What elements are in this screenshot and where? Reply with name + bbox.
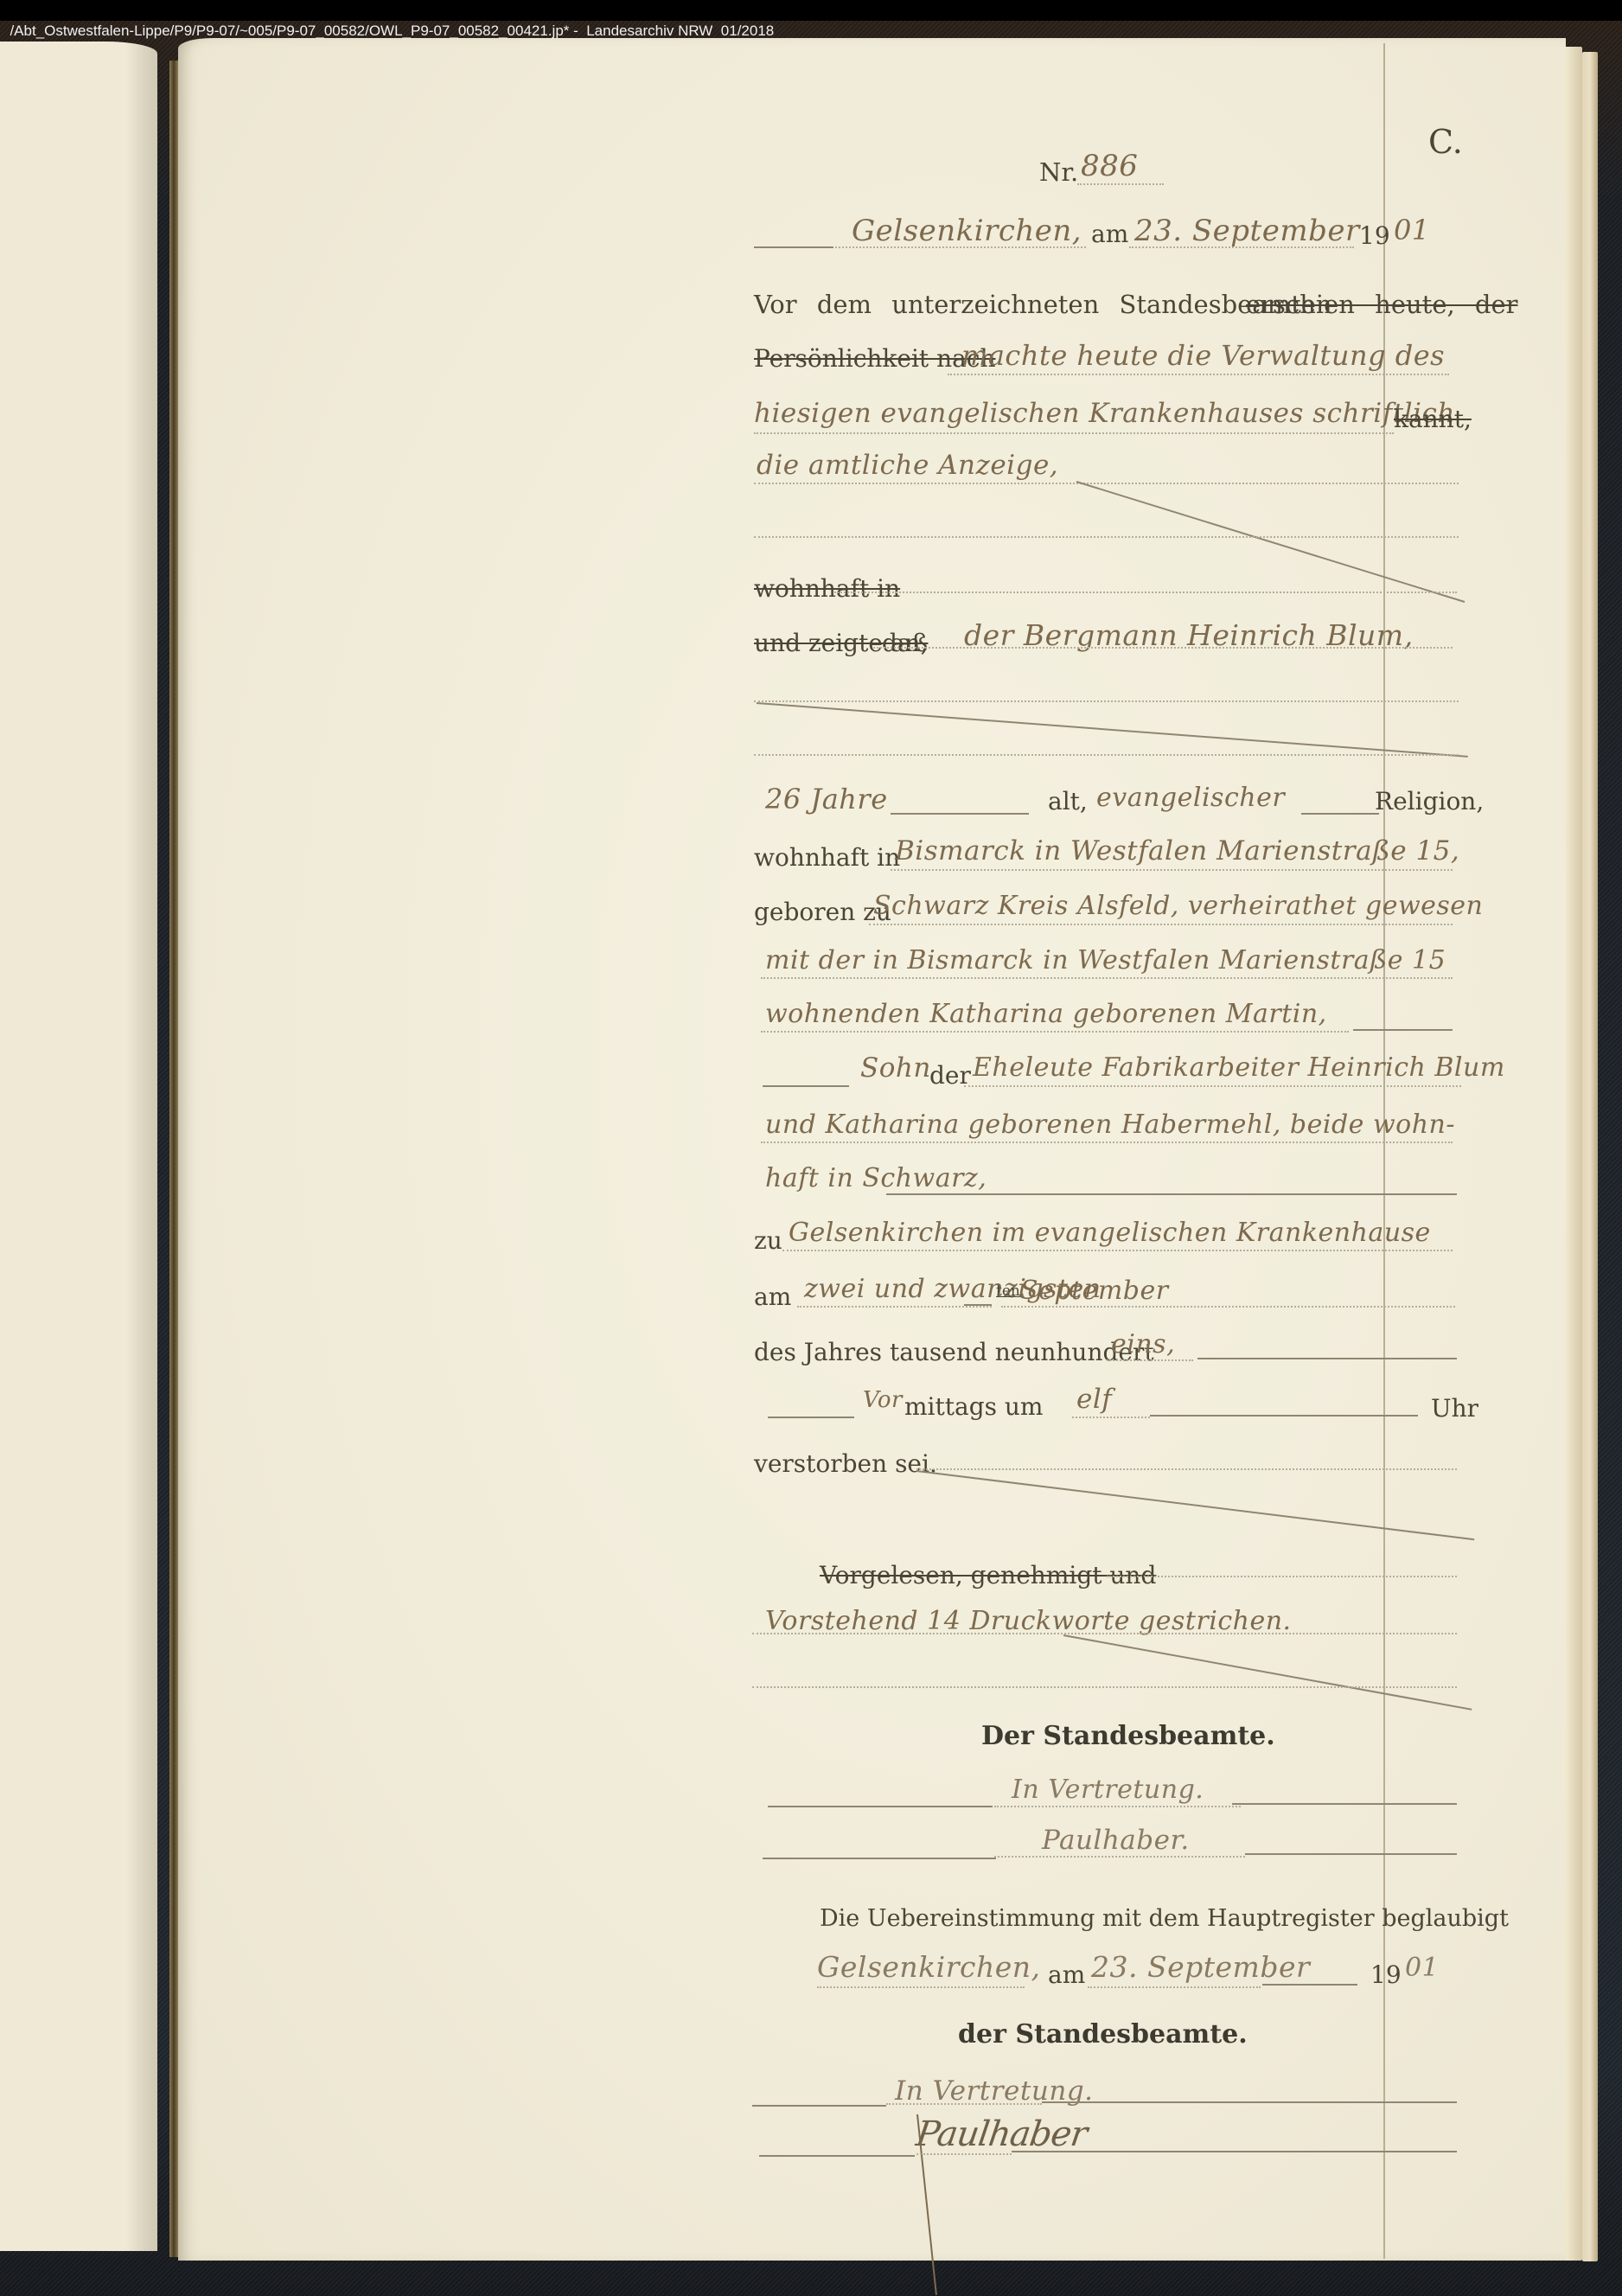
time-prefix: Vor <box>863 1387 903 1413</box>
rule <box>1042 2101 1457 2103</box>
closing-struck: Vorgelesen, genehmigt und <box>820 1561 1156 1589</box>
rule <box>768 1806 993 1807</box>
rule <box>761 1142 1453 1143</box>
rule <box>1150 1415 1418 1417</box>
certification-text: Die Uebereinstimmung mit dem Hauptregist… <box>820 1905 1509 1932</box>
age: 26 Jahre <box>765 783 888 815</box>
rule <box>891 813 1029 815</box>
rule <box>886 2103 1042 2105</box>
death-date-label: am <box>754 1282 791 1311</box>
parents-cont-2: haft in Schwarz, <box>765 1163 987 1193</box>
signature-1-line-1: In Vertretung. <box>1012 1775 1204 1805</box>
official-signature: Paulhaber <box>914 2114 1089 2154</box>
window-title: /Abt_Ostwestfalen-Lippe/P9/P9-07/~005/P9… <box>10 22 774 39</box>
ten-label: ten <box>996 1282 1020 1300</box>
place: Gelsenkirchen, <box>852 214 1082 248</box>
series-letter: C. <box>1428 123 1463 161</box>
rule <box>782 1250 1453 1251</box>
rule <box>886 1193 1457 1195</box>
death-hour: elf <box>1076 1384 1112 1415</box>
year-label: des Jahres tausend neunhundert <box>754 1338 1154 1366</box>
rule <box>754 246 833 248</box>
rule <box>754 432 1394 434</box>
window-title-bar: /Abt_Ostwestfalen-Lippe/P9/P9-07/~005/P9… <box>0 0 1622 21</box>
year-prefix: 19 <box>1359 221 1390 250</box>
rule <box>1012 2151 1457 2152</box>
intro-struck-1: erschien heute, der <box>1246 290 1518 319</box>
rule <box>759 2155 915 2157</box>
spouse-line-2: wohnenden Katharina geborenen Martin, <box>765 999 1327 1029</box>
intro-struck-2: Persönlichkeit nach <box>754 344 996 373</box>
rule <box>834 592 1457 593</box>
rule <box>1245 1853 1457 1855</box>
rule <box>994 1856 1245 1858</box>
rule <box>1197 1358 1457 1359</box>
death-month: September <box>1020 1276 1169 1306</box>
birth-label: geboren zu <box>754 898 891 926</box>
cert-place: Gelsenkirchen, <box>817 1950 1041 1984</box>
rule <box>1088 1986 1261 1988</box>
rule <box>869 924 1453 925</box>
closing-note: Vorstehend 14 Druckworte gestrichen. <box>765 1606 1292 1636</box>
rule <box>761 977 1453 979</box>
rule <box>1129 246 1354 248</box>
intro-hand-3: die amtliche Anzeige, <box>757 450 1058 481</box>
rule <box>797 1306 992 1308</box>
parents-cont-1: und Katharina geborenen Habermehl, beide… <box>765 1110 1455 1140</box>
signature-block-2-title: der Standesbeamte. <box>958 2019 1248 2050</box>
religion: evangelischer <box>1096 783 1285 813</box>
alt-label: alt, <box>1048 787 1088 815</box>
parents: Eheleute Fabrikarbeiter Heinrich Blum <box>973 1052 1505 1083</box>
rule <box>1072 1417 1150 1418</box>
book-gutter <box>169 61 178 2257</box>
residence-label: wohnhaft in <box>754 843 900 872</box>
intro-hand-1: machte heute die Verwaltung des <box>961 339 1445 372</box>
record-number: 886 <box>1081 149 1138 183</box>
death-year: eins, <box>1111 1329 1175 1359</box>
rule <box>916 1468 1457 1470</box>
residence-struck: wohnhaft in <box>754 574 900 603</box>
rule <box>752 1686 1457 1688</box>
uhr-label: Uhr <box>1431 1394 1478 1423</box>
sohn: Sohn <box>860 1052 931 1084</box>
rule <box>754 754 1459 756</box>
rule <box>964 1085 1461 1087</box>
rule <box>754 536 1459 538</box>
religion-label: Religion, <box>1375 787 1484 815</box>
rule <box>873 647 1453 649</box>
rule <box>1107 1576 1457 1577</box>
signature-1-line-2: Paulhaber. <box>1042 1825 1190 1856</box>
intro-hand-2: hiesigen evangelischen Krankenhauses sch… <box>754 398 1455 429</box>
spouse-line-1: mit der in Bismarck in Westfalen Mariens… <box>765 945 1446 975</box>
left-page <box>0 42 157 2251</box>
rule <box>1107 1359 1193 1361</box>
residence: Bismarck in Westfalen Marienstraße 15, <box>895 835 1459 867</box>
rule <box>964 1304 992 1306</box>
cert-am-label: am <box>1048 1960 1085 1989</box>
cert-date: 23. September <box>1091 1950 1310 1984</box>
rule <box>768 1417 854 1418</box>
rule <box>754 483 1459 484</box>
rule <box>1262 1984 1357 1986</box>
death-place: Gelsenkirchen im evangelischen Krankenha… <box>789 1218 1431 1248</box>
signature-block-title: Der Standesbeamte. <box>981 1721 1275 1751</box>
rule <box>1353 1029 1453 1031</box>
cert-year-suffix: 01 <box>1405 1953 1439 1983</box>
declaration-dass: daß <box>882 629 928 657</box>
birth-place: Schwarz Kreis Alsfeld, verheirathet gewe… <box>873 891 1483 921</box>
rule <box>835 246 1086 248</box>
year-suffix: 01 <box>1394 214 1430 246</box>
rule <box>754 700 1459 702</box>
number-line <box>1077 183 1164 185</box>
intro-struck-3: kannt, <box>1394 405 1472 433</box>
rule <box>817 1986 1025 1988</box>
rule <box>763 1085 849 1087</box>
rule <box>761 1031 1349 1033</box>
rule <box>1232 1803 1457 1805</box>
rule <box>752 1633 1457 1634</box>
mittags-label: mittags um <box>904 1392 1043 1421</box>
rule <box>916 2153 1012 2155</box>
death-place-label: zu <box>754 1226 782 1255</box>
number-label: Nr. <box>1039 157 1078 187</box>
rule <box>752 2105 886 2107</box>
date: 23. September <box>1134 214 1360 248</box>
am-label: am <box>1091 220 1128 248</box>
cert-year-prefix: 19 <box>1370 1960 1402 1989</box>
rule <box>1001 1306 1455 1308</box>
page-edges-back <box>1582 52 1598 2261</box>
died-label: verstorben sei. <box>754 1449 937 1478</box>
rule <box>994 1806 1241 1807</box>
rule <box>1301 813 1379 815</box>
rule <box>763 1858 996 1859</box>
rule <box>948 374 1449 375</box>
rule <box>891 869 1453 871</box>
